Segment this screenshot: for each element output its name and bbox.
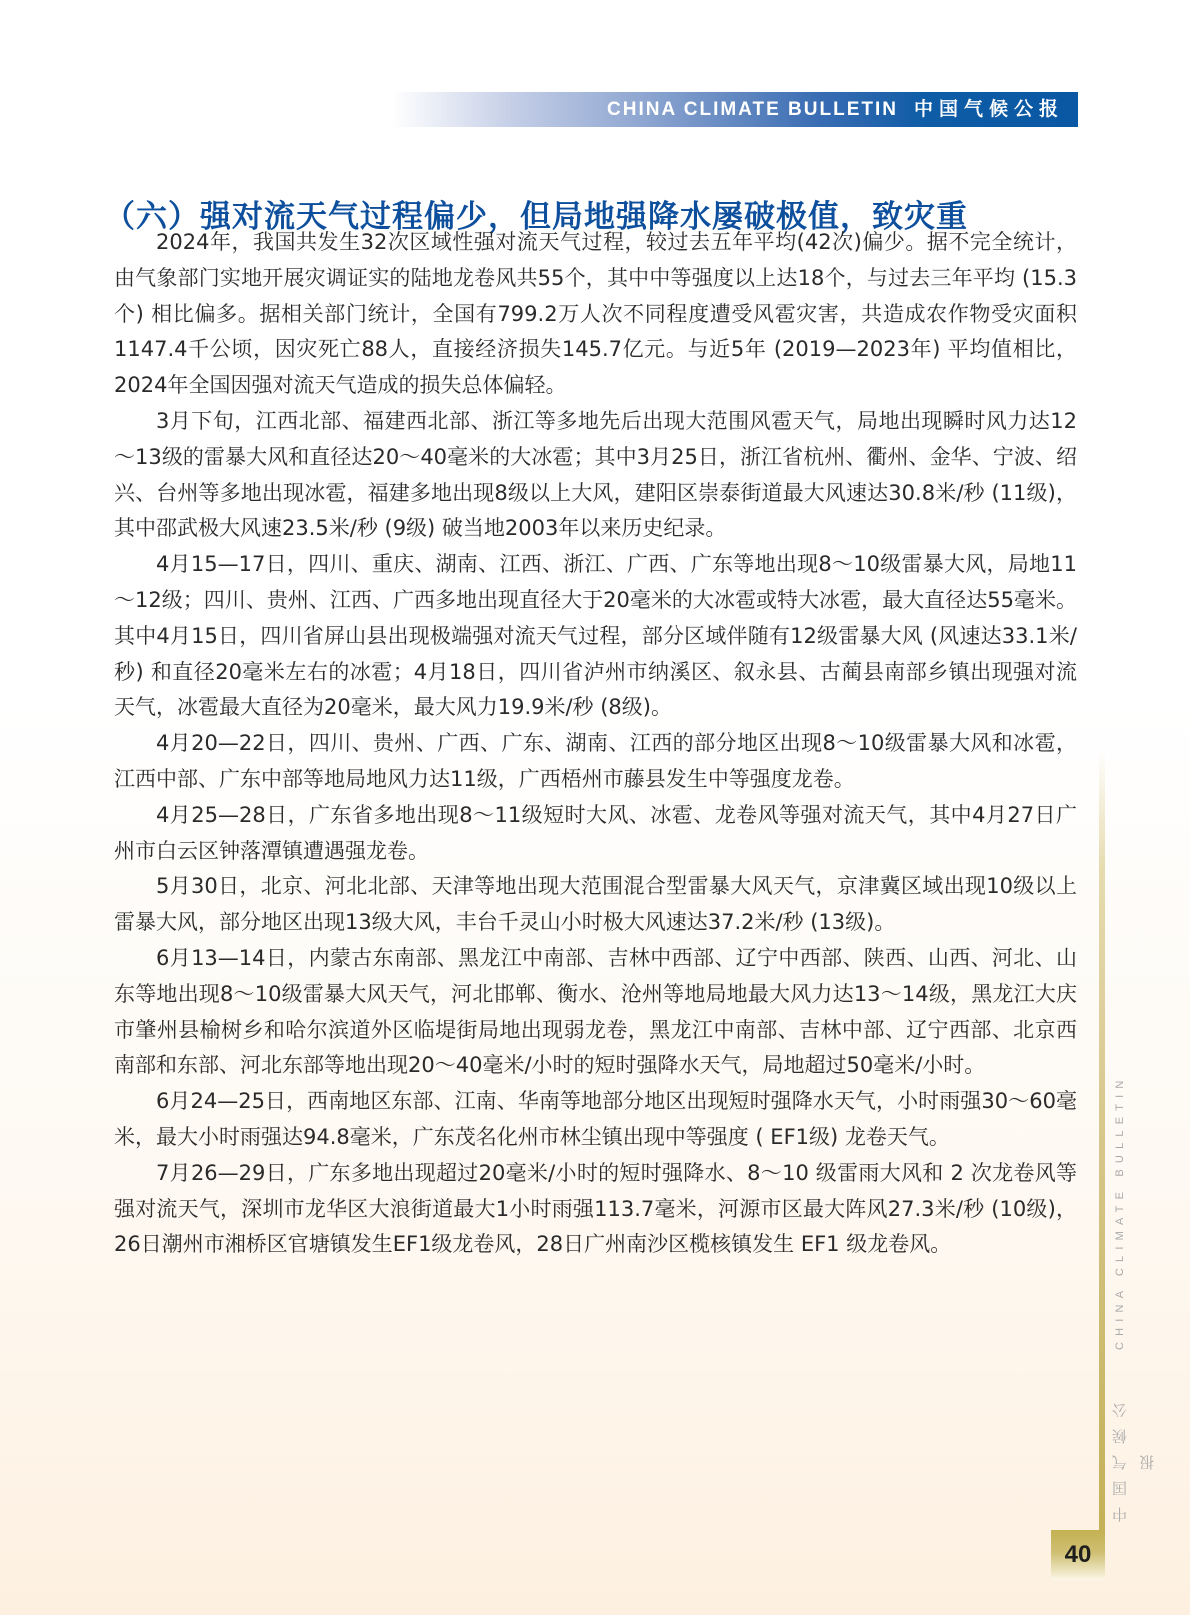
paragraph-may-30: 5月30日，北京、河北北部、天津等地出现大范围混合型雷暴大风天气，京津冀区域出现… — [114, 869, 1077, 941]
paragraph-april-20-22: 4月20—22日，四川、贵州、广西、广东、湖南、江西的部分地区出现8～10级雷暴… — [114, 726, 1077, 798]
page-number: 40 — [1051, 1530, 1105, 1580]
side-label-cn: 中国气候公报 — [1107, 1382, 1137, 1532]
article-body: 2024年，我国共发生32次区域性强对流天气过程，较过去五年平均(42次)偏少。… — [114, 225, 1077, 1263]
running-header: CHINA CLIMATE BULLETIN中国气候公报 — [607, 92, 1064, 127]
header-title-en: CHINA CLIMATE BULLETIN — [607, 99, 898, 120]
side-label: CHINA CLIMATE BULLETIN 中国气候公报 — [1107, 1100, 1137, 1530]
header-band: CHINA CLIMATE BULLETIN中国气候公报 — [392, 92, 1078, 127]
paragraph-april-15-17: 4月15—17日，四川、重庆、湖南、江西、浙江、广西、广东等地出现8～10级雷暴… — [114, 547, 1077, 726]
page-number-box: 40 — [1051, 1530, 1105, 1580]
paragraph-june-24-25: 6月24—25日，西南地区东部、江南、华南等地部分地区出现短时强降水天气，小时雨… — [114, 1084, 1077, 1156]
header-title-cn: 中国气候公报 — [914, 99, 1064, 120]
paragraph-july-26-29: 7月26—29日，广东多地出现超过20毫米/小时的短时强降水、8～10 级雷雨大… — [114, 1156, 1077, 1263]
paragraph-summary: 2024年，我国共发生32次区域性强对流天气过程，较过去五年平均(42次)偏少。… — [114, 225, 1077, 404]
paragraph-march: 3月下旬，江西北部、福建西北部、浙江等多地先后出现大范围风雹天气，局地出现瞬时风… — [114, 404, 1077, 547]
side-label-en: CHINA CLIMATE BULLETIN — [1114, 1100, 1126, 1350]
margin-rule — [1099, 750, 1105, 1545]
paragraph-april-25-28: 4月25—28日，广东省多地出现8～11级短时大风、冰雹、龙卷风等强对流天气，其… — [114, 798, 1077, 870]
paragraph-june-13-14: 6月13—14日，内蒙古东南部、黑龙江中南部、吉林中西部、辽宁中西部、陕西、山西… — [114, 941, 1077, 1084]
